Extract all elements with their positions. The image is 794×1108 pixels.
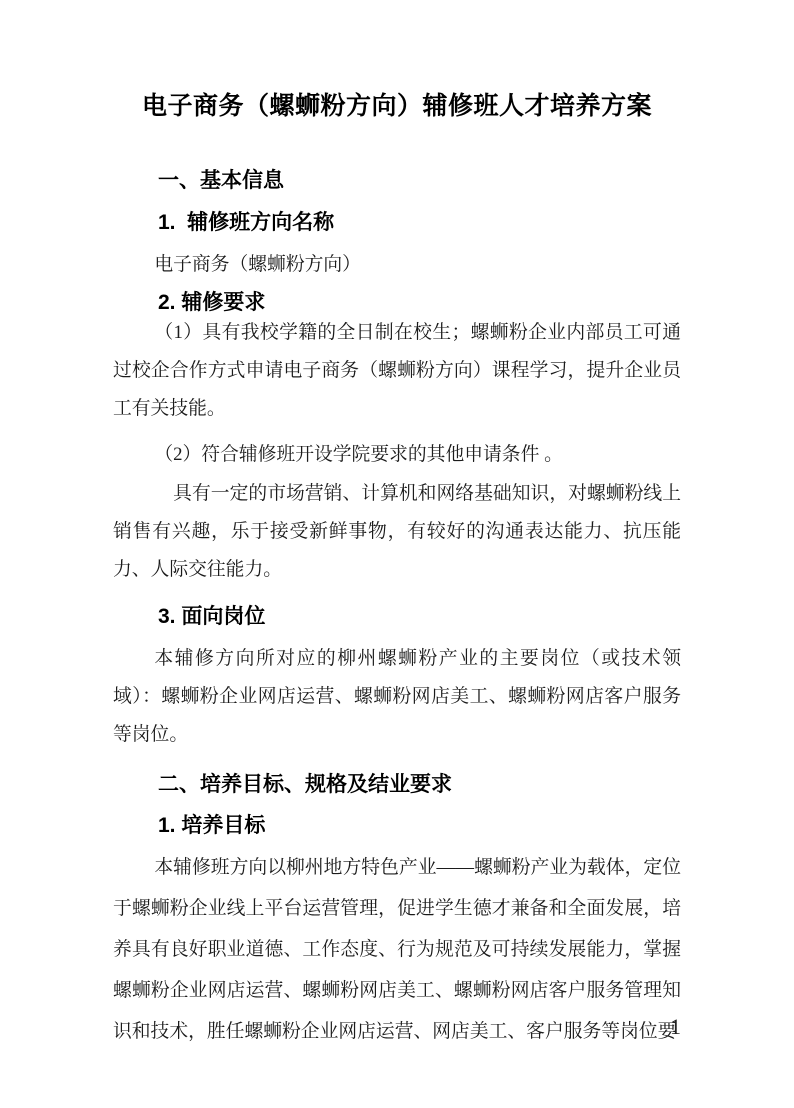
paragraph: （2）符合辅修班开设学院要求的其他申请条件 。 xyxy=(113,436,681,474)
section-heading: 二、培养目标、规格及结业要求 xyxy=(113,766,681,804)
sub-heading: 1. 辅修班方向名称 xyxy=(113,204,681,242)
paragraph: （1）具有我校学籍的全日制在校生；螺蛳粉企业内部员工可通过校企合作方式申请电子商… xyxy=(113,314,681,428)
page-title: 电子商务（螺蛳粉方向）辅修班人才培养方案 xyxy=(113,0,681,124)
document-content: 电子商务（螺蛳粉方向）辅修班人才培养方案 一、基本信息1. 辅修班方向名称电子商… xyxy=(113,0,681,1052)
paragraph: 具有一定的市场营销、计算机和网络基础知识，对螺蛳粉线上销售有兴趣，乐于接受新鲜事… xyxy=(113,475,681,589)
sub-heading: 3. 面向岗位 xyxy=(113,598,681,636)
paragraph: 本辅修方向所对应的柳州螺蛳粉产业的主要岗位（或技术领域）：螺蛳粉企业网店运营、螺… xyxy=(113,640,681,754)
document-body: 一、基本信息1. 辅修班方向名称电子商务（螺蛳粉方向）2. 辅修要求（1）具有我… xyxy=(113,162,681,1052)
document-page: 电子商务（螺蛳粉方向）辅修班人才培养方案 一、基本信息1. 辅修班方向名称电子商… xyxy=(0,0,794,1108)
paragraph: 电子商务（螺蛳粉方向） xyxy=(113,246,681,284)
page-number: 1 xyxy=(113,1012,681,1042)
section-heading: 一、基本信息 xyxy=(113,162,681,200)
sub-heading: 1. 培养目标 xyxy=(113,807,681,845)
